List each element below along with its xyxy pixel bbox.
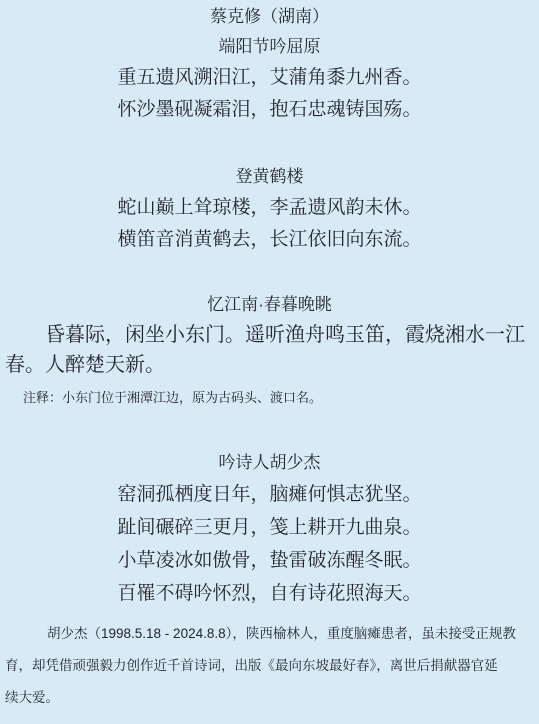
poem-line: 百罹不碍吟怀烈，自有诗花照海天。 (5, 577, 534, 610)
poem-line: 蛇山巅上耸琼楼，李孟遗风韵未休。 (5, 192, 534, 224)
poetry-page: 蔡克修（湖南） 端阳节吟屈原 重五遗风溯汨江，艾蒲角黍九州香。 怀沙墨砚凝霜泪，… (0, 0, 539, 724)
poem-title: 端阳节吟屈原 (5, 32, 534, 62)
poem-line: 怀沙墨砚凝霜泪，抱石忠魂铸国殇。 (5, 94, 534, 126)
poem-tribute: 吟诗人胡少杰 窑洞孤栖度日年，脑瘫何惧志犹坚。 趾间碾碎三更月，笺上耕开九曲泉。… (5, 448, 534, 714)
bio-line: 胡少杰（1998.5.18 - 2024.8.8），陕西榆林人，重度脑瘫患者，虽… (5, 618, 534, 650)
poet-bio: 胡少杰（1998.5.18 - 2024.8.8），陕西榆林人，重度脑瘫患者，虽… (5, 618, 534, 714)
annotation-note: 注释：小东门位于湘潭江边，原为古码头、渡口名。 (23, 388, 534, 408)
poem-title: 忆江南·春暮晚眺 (5, 290, 534, 320)
bio-line: 续大爱。 (5, 682, 534, 714)
poem-huanghelou: 登黄鹤楼 蛇山巅上耸琼楼，李孟遗风韵未休。 横笛音消黄鹤去，长江依旧向东流。 (5, 162, 534, 256)
poem-duanyang: 端阳节吟屈原 重五遗风溯汨江，艾蒲角黍九州香。 怀沙墨砚凝霜泪，抱石忠魂铸国殇。 (5, 32, 534, 126)
poem-title: 登黄鹤楼 (5, 162, 534, 192)
poem-title: 吟诗人胡少杰 (5, 448, 534, 478)
bio-line: 育，却凭借顽强毅力创作近千首诗词，出版《最向东坡最好春》，离世后捐献器官延 (5, 650, 534, 682)
poem-line: 小草凌冰如傲骨，蛰雷破冻醒冬眠。 (5, 544, 534, 577)
poem-line: 窑洞孤栖度日年，脑瘫何惧志犹坚。 (5, 478, 534, 511)
poem-yijiangnan: 忆江南·春暮晚眺 昏暮际，闲坐小东门。遥听渔舟鸣玉笛，霞烧湘水一江 春。人醉楚天… (5, 290, 534, 408)
poem-line: 横笛音消黄鹤去，长江依旧向东流。 (5, 224, 534, 256)
ci-body-line: 昏暮际，闲坐小东门。遥听渔舟鸣玉笛，霞烧湘水一江 (5, 320, 534, 350)
author-name: 蔡克修（湖南） (5, 2, 534, 32)
poem-line: 趾间碾碎三更月，笺上耕开九曲泉。 (5, 511, 534, 544)
poem-line: 重五遗风溯汨江，艾蒲角黍九州香。 (5, 62, 534, 94)
ci-body-line: 春。人醉楚天新。 (5, 350, 534, 380)
